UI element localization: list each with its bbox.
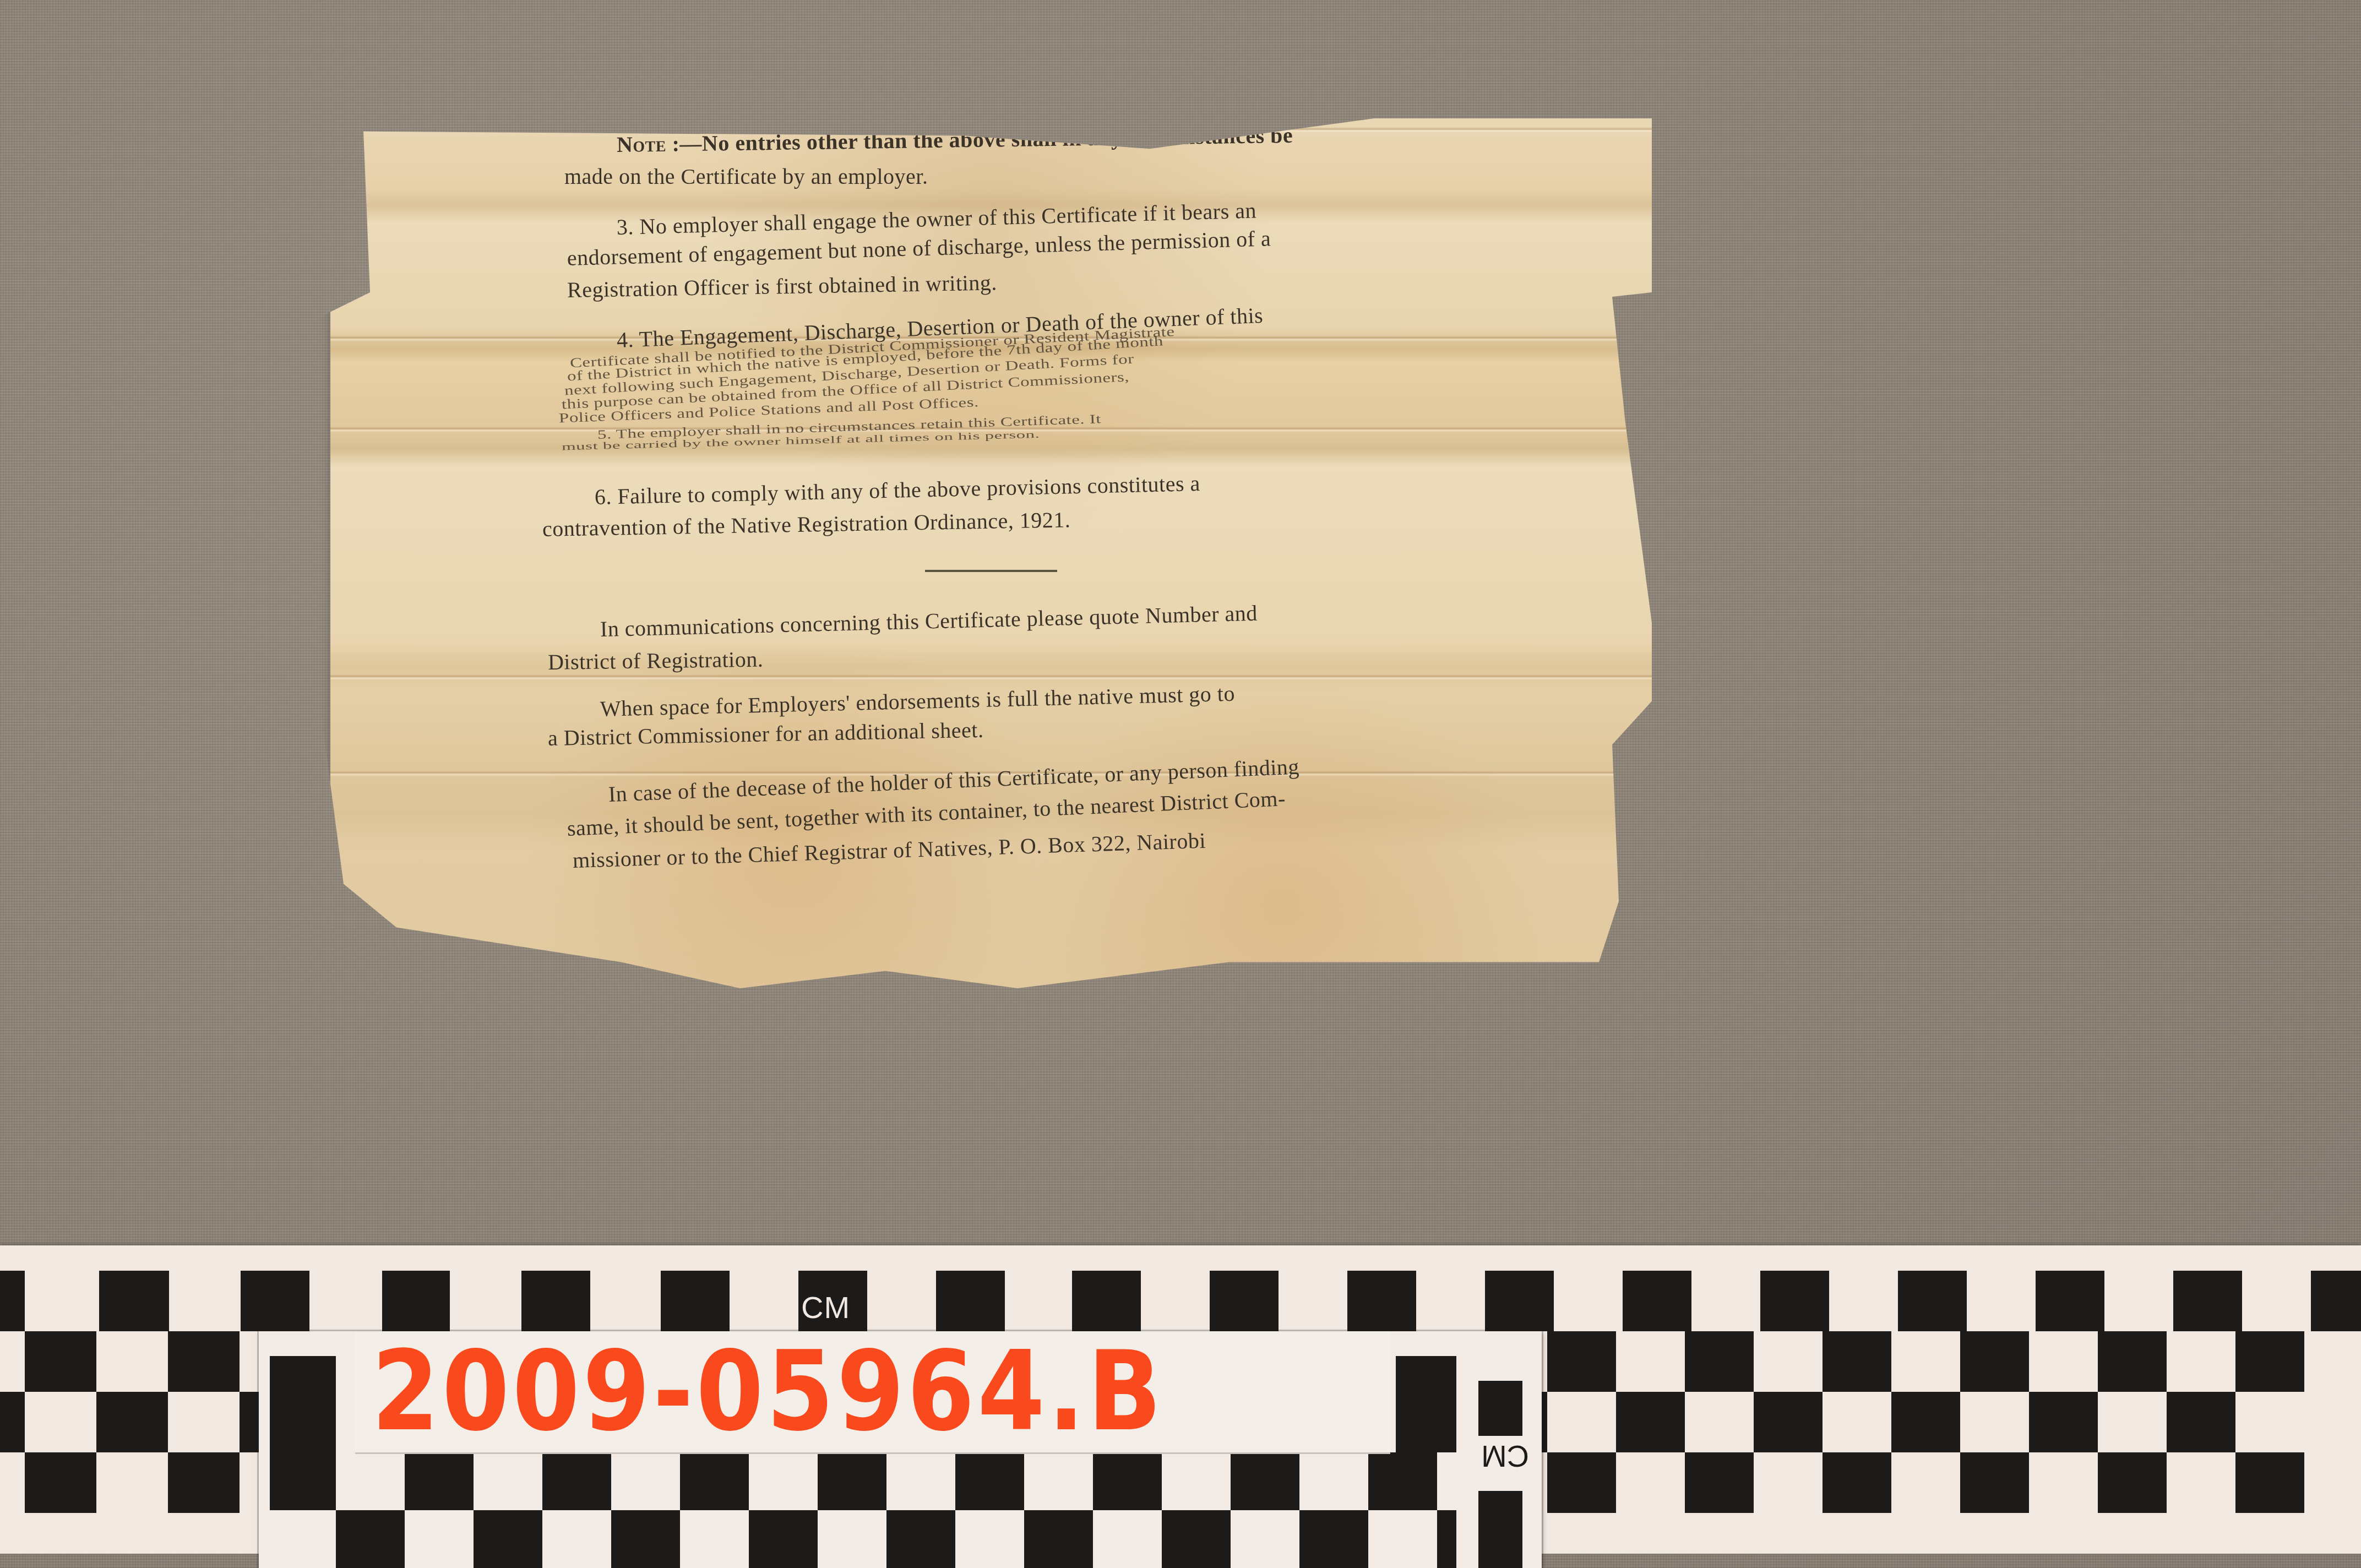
document-page: Note :—No entries other than the above s… [330, 118, 1652, 988]
item3-line-3: Registration Officer is first obtained i… [567, 267, 998, 306]
note-line-2: made on the Certificate by an employer. [564, 161, 928, 192]
accession-plate: 2009-05964.B [355, 1331, 1390, 1454]
label-ruler-right-end: CM [1456, 1356, 1542, 1568]
communications-line-2: District of Registration. [548, 644, 764, 678]
ruler-row-1 [0, 1271, 2361, 1331]
fold-crease [330, 127, 1652, 133]
item6-line-1: 6. Failure to comply with any of the abo… [594, 468, 1200, 513]
note-label: Note : [617, 131, 680, 157]
section-divider [925, 570, 1057, 572]
label-ruler-end-block [270, 1356, 336, 1452]
note-line-1: —No entries other than the above shall i… [679, 123, 1293, 156]
label-ruler-row-2 [259, 1510, 1542, 1568]
ruler-cm-label-right: C [2335, 1405, 2357, 1441]
label-ruler-end-block-right [1396, 1356, 1456, 1452]
ruler-cm-label: CM [801, 1289, 850, 1325]
accession-number: 2009-05964.B [372, 1326, 1165, 1458]
fold-crease [330, 674, 1652, 680]
note-paragraph: Note :—No entries other than the above s… [617, 120, 1293, 160]
accession-label-ruler: 2009-05964.B CM [259, 1331, 1542, 1568]
communications-line-1: In communications concerning this Certif… [600, 598, 1258, 645]
label-ruler-row-1 [259, 1452, 1542, 1510]
label-ruler-cm-label: CM [1481, 1439, 1529, 1474]
